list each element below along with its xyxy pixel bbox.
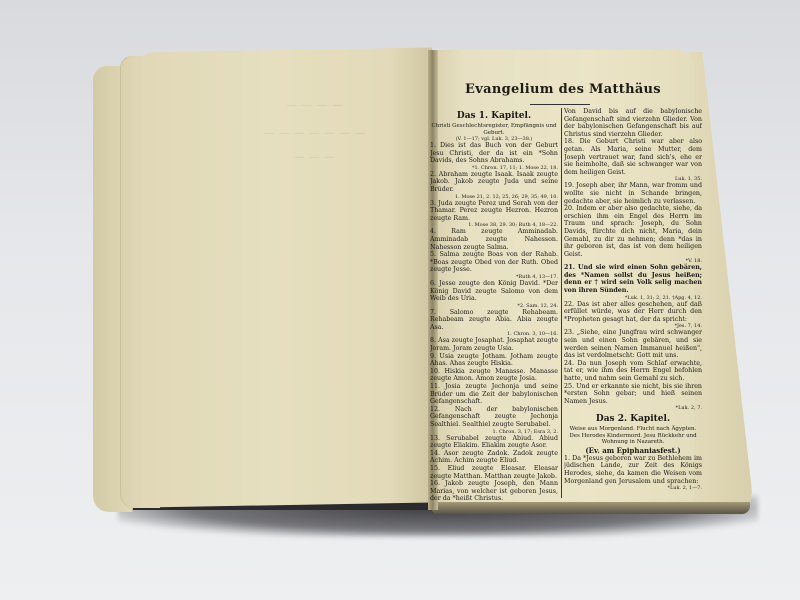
verse: 3. Juda zeugte Perez und Serah von der T… <box>430 200 558 223</box>
verse: 11. Josia zeugte Jechonja und seine Brüd… <box>430 383 558 406</box>
verse: 14. Asor zeugte Zadok. Zadok zeugte Achi… <box>430 450 558 465</box>
verse: 21. Und sie wird einen Sohn gebären, des… <box>564 264 702 294</box>
text-column-2: Von David bis auf die babylonische Gefan… <box>564 108 702 500</box>
left-page-bleedthrough-line: — — — — — — — <box>230 128 400 139</box>
verse: 18. Die Geburt Christi war aber also get… <box>564 138 702 176</box>
chapter-heading: Das 2. Kapitel. <box>564 413 702 425</box>
text-column-1: Das 1. Kapitel. Christi Geschlechtsregis… <box>430 108 558 500</box>
section-heading: (Ev. am Epiphaniasfest.) <box>564 446 702 455</box>
verse: 7. Salomo zeugte Rehabeam. Rehabeam zeug… <box>430 309 558 332</box>
chapter-heading: Das 1. Kapitel. <box>430 110 558 122</box>
verse: 23. „Siehe, eine Jungfrau wird schwanger… <box>564 329 702 359</box>
verse: 1. Da *Jesus geboren war zu Bethlehem im… <box>564 455 702 485</box>
verse: 25. Und er erkannte sie nicht, bis sie i… <box>564 383 702 406</box>
chapter-subtitle: Weise aus Morgenland. Flucht nach Ägypte… <box>564 426 702 446</box>
verse: 1. Dies ist das Buch von der Geburt Jesu… <box>430 142 558 165</box>
verse: 16. Jakob zeugte Joseph, den Mann Marias… <box>430 480 558 500</box>
verse: 8. Asa zeugte Josaphat. Josaphat zeugte … <box>430 337 558 352</box>
verse-reference: *Luk. 2, 1—7. <box>564 485 702 491</box>
verse: 15. Eliud zeugte Eleasar. Eleasar zeugte… <box>430 465 558 480</box>
verse: 19. Joseph aber, ihr Mann, war fromm und… <box>564 182 702 205</box>
left-page-bleedthrough-line: — — — — <box>230 100 400 111</box>
chapter-subtitle: Christi Geschlechtsregister, Empfängnis … <box>430 123 558 136</box>
verse: 4. Ram zeugte Amminadab. Amminadab zeugt… <box>430 228 558 251</box>
verse: 12. Nach der babylonischen Gefangenschaf… <box>430 406 558 429</box>
verse: 6. Jesse zeugte den König David. *Der Kö… <box>430 280 558 303</box>
left-page-bleedthrough-line: — — — <box>230 152 400 163</box>
verse: 2. Abraham zeugte Isaak. Isaak zeugte Ja… <box>430 171 558 194</box>
verse: 5. Salma zeugte Boas von der Rahab. *Boa… <box>430 251 558 274</box>
verse-reference: *Luk. 2, 7. <box>564 405 702 411</box>
verse: 22. Das ist aber alles geschehen, auf da… <box>564 301 702 324</box>
column-divider <box>561 108 562 498</box>
verse: 10. Hiskia zeugte Manasse. Manasse zeugt… <box>430 368 558 383</box>
verse: Von David bis auf die babylonische Gefan… <box>564 108 702 138</box>
page-title: Evangelium des Matthäus <box>432 82 694 97</box>
verse: 9. Usia zeugte Jotham. Jotham zeugte Aha… <box>430 353 558 368</box>
right-cover-bottom <box>432 502 750 514</box>
verse: 13. Serubabel zeugte Abiud. Abiud zeugte… <box>430 435 558 450</box>
verse: 24. Da nun Joseph vom Schlaf erwachte, t… <box>564 360 702 383</box>
verse: 20. Indem er aber also gedachte, siehe, … <box>564 205 702 258</box>
title-rule <box>530 104 590 105</box>
left-page[interactable] <box>142 47 432 507</box>
